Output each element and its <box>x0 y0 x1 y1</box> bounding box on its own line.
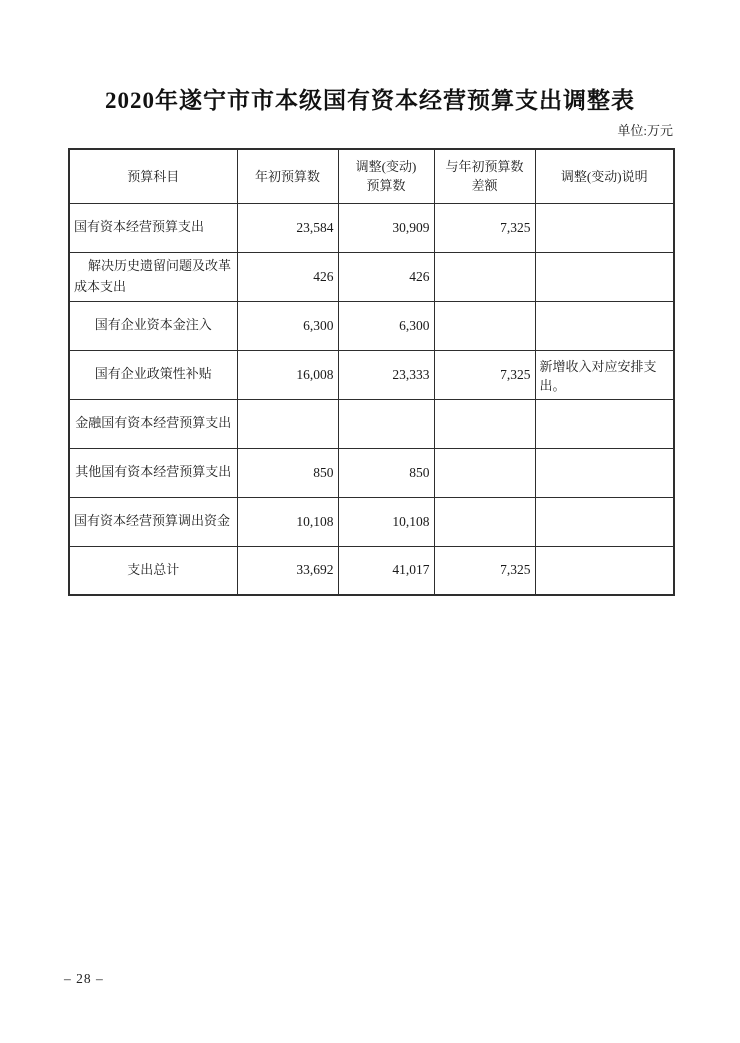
adjusted-cell: 30,909 <box>338 203 434 252</box>
diff-cell: 7,325 <box>434 546 535 595</box>
table-row: 解决历史遗留问题及改革成本支出 426 426 <box>69 252 674 301</box>
note-cell <box>535 203 674 252</box>
note-cell: 新增收入对应安排支出。 <box>535 350 674 399</box>
note-cell <box>535 448 674 497</box>
diff-cell <box>434 497 535 546</box>
initial-cell: 426 <box>237 252 338 301</box>
subject-cell: 国有资本经营预算调出资金 <box>69 497 237 546</box>
adjusted-cell: 41,017 <box>338 546 434 595</box>
table-row-total: 支出总计 33,692 41,017 7,325 <box>69 546 674 595</box>
subject-cell: 解决历史遗留问题及改革成本支出 <box>69 252 237 301</box>
subject-cell: 国有企业资本金注入 <box>69 301 237 350</box>
col-header-initial: 年初预算数 <box>237 149 338 203</box>
adjusted-cell: 850 <box>338 448 434 497</box>
col-header-adjusted: 调整(变动) 预算数 <box>338 149 434 203</box>
col-header-diff: 与年初预算数 差额 <box>434 149 535 203</box>
subject-cell: 金融国有资本经营预算支出 <box>69 399 237 448</box>
initial-cell: 16,008 <box>237 350 338 399</box>
table-row: 其他国有资本经营预算支出 850 850 <box>69 448 674 497</box>
initial-cell: 10,108 <box>237 497 338 546</box>
note-cell <box>535 399 674 448</box>
note-cell <box>535 252 674 301</box>
note-cell <box>535 546 674 595</box>
page-number: – 28 – <box>64 971 104 987</box>
initial-cell: 33,692 <box>237 546 338 595</box>
adjusted-cell: 10,108 <box>338 497 434 546</box>
col-header-note: 调整(变动)说明 <box>535 149 674 203</box>
adjusted-cell: 23,333 <box>338 350 434 399</box>
adjusted-cell <box>338 399 434 448</box>
subject-cell: 其他国有资本经营预算支出 <box>69 448 237 497</box>
col-header-subject: 预算科目 <box>69 149 237 203</box>
note-cell <box>535 301 674 350</box>
diff-cell <box>434 301 535 350</box>
page-title: 2020年遂宁市市本级国有资本经营预算支出调整表 <box>0 82 740 115</box>
initial-cell: 850 <box>237 448 338 497</box>
diff-cell <box>434 252 535 301</box>
adjusted-cell: 6,300 <box>338 301 434 350</box>
header-row: 预算科目 年初预算数 调整(变动) 预算数 与年初预算数 差额 调整(变动)说明 <box>69 149 674 203</box>
table-body: 国有资本经营预算支出 23,584 30,909 7,325 解决历史遗留问题及… <box>69 203 674 595</box>
subject-cell: 国有企业政策性补贴 <box>69 350 237 399</box>
diff-cell: 7,325 <box>434 350 535 399</box>
initial-cell: 23,584 <box>237 203 338 252</box>
table-row: 金融国有资本经营预算支出 <box>69 399 674 448</box>
subject-cell: 国有资本经营预算支出 <box>69 203 237 252</box>
budget-adjustment-table: 预算科目 年初预算数 调整(变动) 预算数 与年初预算数 差额 调整(变动)说明… <box>68 148 675 596</box>
diff-cell: 7,325 <box>434 203 535 252</box>
adjusted-cell: 426 <box>338 252 434 301</box>
table-row: 国有资本经营预算支出 23,584 30,909 7,325 <box>69 203 674 252</box>
diff-cell <box>434 448 535 497</box>
table-row: 国有企业资本金注入 6,300 6,300 <box>69 301 674 350</box>
initial-cell: 6,300 <box>237 301 338 350</box>
table-row: 国有资本经营预算调出资金 10,108 10,108 <box>69 497 674 546</box>
document-page: 2020年遂宁市市本级国有资本经营预算支出调整表 单位:万元 预算科目 年初预算… <box>0 0 740 1043</box>
note-cell <box>535 497 674 546</box>
initial-cell <box>237 399 338 448</box>
subject-cell: 支出总计 <box>69 546 237 595</box>
unit-label: 单位:万元 <box>68 120 673 139</box>
table-header: 预算科目 年初预算数 调整(变动) 预算数 与年初预算数 差额 调整(变动)说明 <box>69 149 674 203</box>
table-row: 国有企业政策性补贴 16,008 23,333 7,325 新增收入对应安排支出… <box>69 350 674 399</box>
diff-cell <box>434 399 535 448</box>
